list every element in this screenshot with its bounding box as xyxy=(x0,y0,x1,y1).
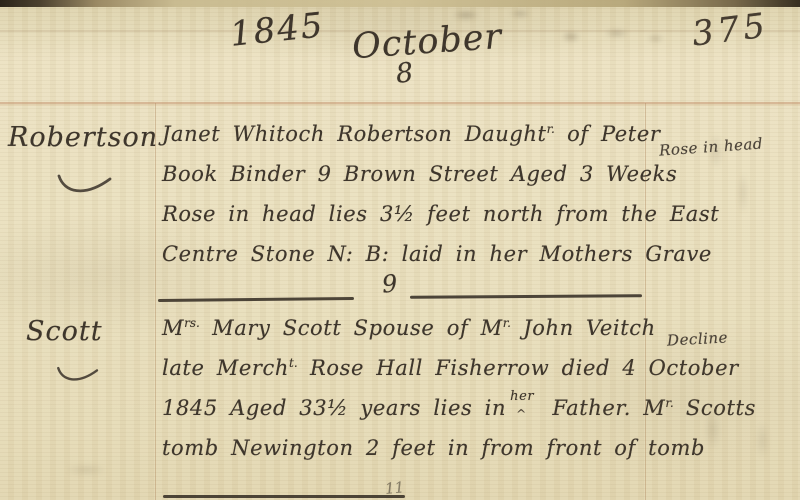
entry-line-text: Centre Stone N: B: laid in her Mothers G… xyxy=(162,242,712,266)
day-separator-number: 9 xyxy=(381,269,399,298)
entry-line: Centre Stone N: B: laid in her Mothers G… xyxy=(162,242,662,282)
entry-line-text: Mary Scott Spouse of M xyxy=(200,316,503,340)
entry-line: late Mercht. Rose Hall Fisherrow died 4 … xyxy=(162,356,662,396)
day-separator-line-right xyxy=(410,294,642,299)
ink-bleed-through xyxy=(30,440,170,490)
day-separator-line-left xyxy=(158,297,354,302)
header-month: October xyxy=(351,17,504,67)
inserted-word-text: her xyxy=(510,389,534,404)
superscript-abbreviation: r. xyxy=(503,316,511,330)
header-rule-line xyxy=(0,102,800,104)
entry-line-text: Father. M xyxy=(540,396,665,420)
superscript-abbreviation: r. xyxy=(547,122,555,136)
entry-line-text: John Veitch xyxy=(511,316,656,340)
header-year: 1845 xyxy=(228,5,326,55)
entry-line: 1845 Aged 33½ years lies inher^ Father. … xyxy=(162,396,662,436)
register-page-scan: 1845 October 8 375 Robertson Janet Whito… xyxy=(0,0,800,500)
entry-line: Book Binder 9 Brown Street Aged 3 Weeks xyxy=(162,162,662,202)
scan-top-edge xyxy=(0,0,800,7)
header-day-number: 8 xyxy=(394,57,414,90)
entry-line-text: Rose in head lies 3½ feet north from the… xyxy=(162,202,719,226)
superscript-abbreviation: t. xyxy=(289,356,298,370)
bottom-separator-line xyxy=(163,495,405,498)
entry-line-text: M xyxy=(162,316,184,340)
entry-line: Janet Whitoch Robertson Daughtr. of Pete… xyxy=(162,122,662,162)
entry-body-scott: Mrs. Mary Scott Spouse of Mr. John Veitc… xyxy=(162,316,662,476)
entry-line-text: tomb Newington 2 feet in from front of t… xyxy=(162,436,705,460)
entry-line-text: Rose Hall Fisherrow died 4 October xyxy=(298,356,739,380)
entry-line-text: late Merch xyxy=(162,356,289,380)
entry-body-robertson: Janet Whitoch Robertson Daughtr. of Pete… xyxy=(162,122,662,282)
entry-line-text: Book Binder 9 Brown Street Aged 3 Weeks xyxy=(162,162,677,186)
check-mark-icon xyxy=(56,364,100,386)
surname-label-scott: Scott xyxy=(26,316,103,347)
margin-note-cause: Rose in head xyxy=(658,134,763,159)
check-mark-icon xyxy=(56,172,114,198)
page-number: 375 xyxy=(690,5,771,54)
entry-line-text: Scotts xyxy=(674,396,756,420)
surname-label-robertson: Robertson xyxy=(8,122,158,153)
entry-line: Rose in head lies 3½ feet north from the… xyxy=(162,202,662,242)
entry-line: Mrs. Mary Scott Spouse of Mr. John Veitc… xyxy=(162,316,662,356)
ink-bleed-through xyxy=(545,18,675,52)
entry-line-text: 1845 Aged 33½ years lies in xyxy=(162,396,506,420)
entry-line-text: Janet Whitoch Robertson Daught xyxy=(162,122,547,146)
caret-mark: ^ xyxy=(516,407,527,421)
column-rule-left xyxy=(155,103,156,500)
margin-note-cause: Decline xyxy=(667,328,729,349)
superscript-abbreviation: r. xyxy=(665,396,673,410)
inserted-word: her^ xyxy=(506,405,540,415)
entry-line-text: of Peter xyxy=(555,122,661,146)
entry-line: tomb Newington 2 feet in from front of t… xyxy=(162,436,662,476)
superscript-abbreviation: rs. xyxy=(184,316,200,330)
